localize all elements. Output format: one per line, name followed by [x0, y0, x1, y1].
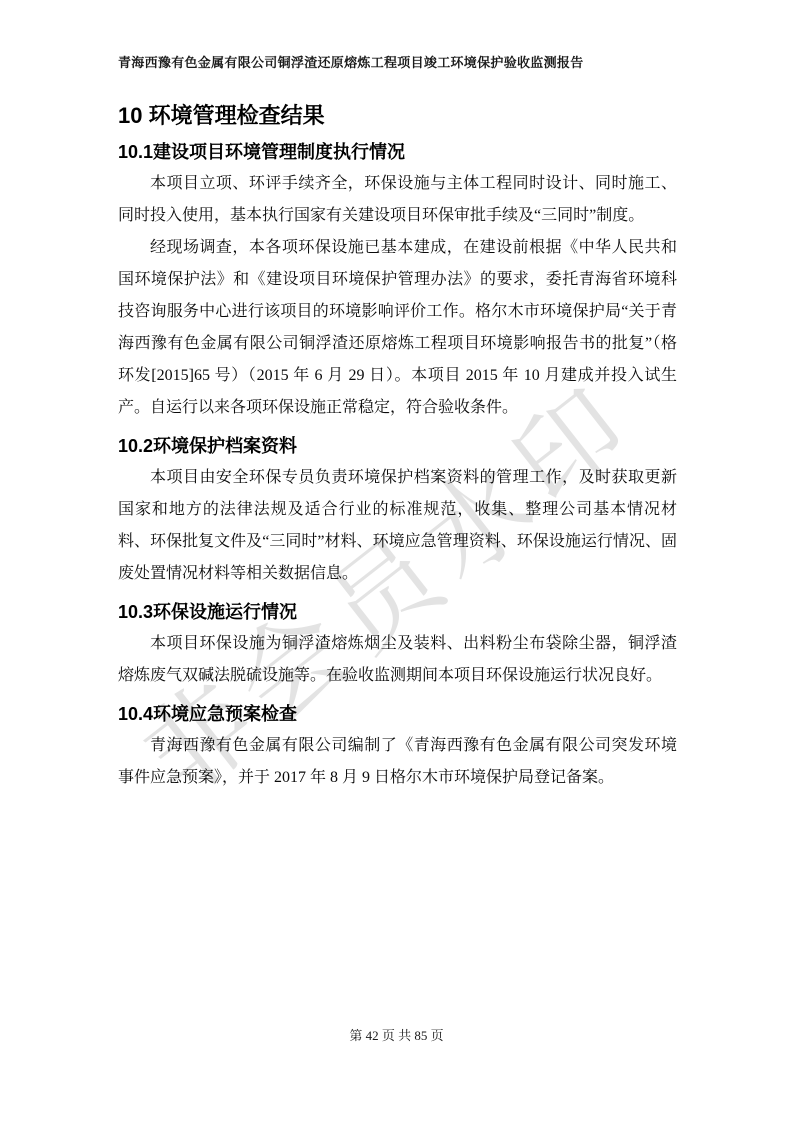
paragraph: 本项目由安全环保专员负责环境保护档案资料的管理工作，及时获取更新国家和地方的法律… [118, 462, 677, 590]
section-heading: 10.4环境应急预案检查 [118, 702, 677, 726]
section-heading: 10.2环境保护档案资料 [118, 434, 677, 458]
section-facility-operation: 10.3环保设施运行情况 本项目环保设施为铜浮渣熔炼烟尘及装料、出料粉尘布袋除尘… [118, 600, 677, 692]
section-emergency-plan: 10.4环境应急预案检查 青海西豫有色金属有限公司编制了《青海西豫有色金属有限公… [118, 702, 677, 794]
section-heading: 10.1建设项目环境管理制度执行情况 [118, 140, 677, 164]
paragraph: 青海西豫有色金属有限公司编制了《青海西豫有色金属有限公司突发环境事件应急预案》，… [118, 730, 677, 794]
section-archive-materials: 10.2环境保护档案资料 本项目由安全环保专员负责环境保护档案资料的管理工作，及… [118, 434, 677, 590]
document-page: 非会员水印 青海西豫有色金属有限公司铜浮渣还原熔炼工程项目竣工环境保护验收监测报… [0, 0, 793, 1122]
chapter-title: 10 环境管理检查结果 [118, 102, 677, 130]
section-heading: 10.3环保设施运行情况 [118, 600, 677, 624]
paragraph: 本项目立项、环评手续齐全，环保设施与主体工程同时设计、同时施工、同时投入使用，基… [118, 168, 677, 232]
paragraph: 本项目环保设施为铜浮渣熔炼烟尘及装料、出料粉尘布袋除尘器，铜浮渣熔炼废气双碱法脱… [118, 628, 677, 692]
section-management-system: 10.1建设项目环境管理制度执行情况 本项目立项、环评手续齐全，环保设施与主体工… [118, 140, 677, 424]
page-content: 青海西豫有色金属有限公司铜浮渣还原熔炼工程项目竣工环境保护验收监测报告 10 环… [0, 0, 793, 794]
paragraph: 经现场调查，本各项环保设施已基本建成，在建设前根据《中华人民共和国环境保护法》和… [118, 232, 677, 424]
page-number-footer: 第 42 页 共 85 页 [0, 1028, 793, 1044]
running-header: 青海西豫有色金属有限公司铜浮渣还原熔炼工程项目竣工环境保护验收监测报告 [118, 54, 677, 72]
